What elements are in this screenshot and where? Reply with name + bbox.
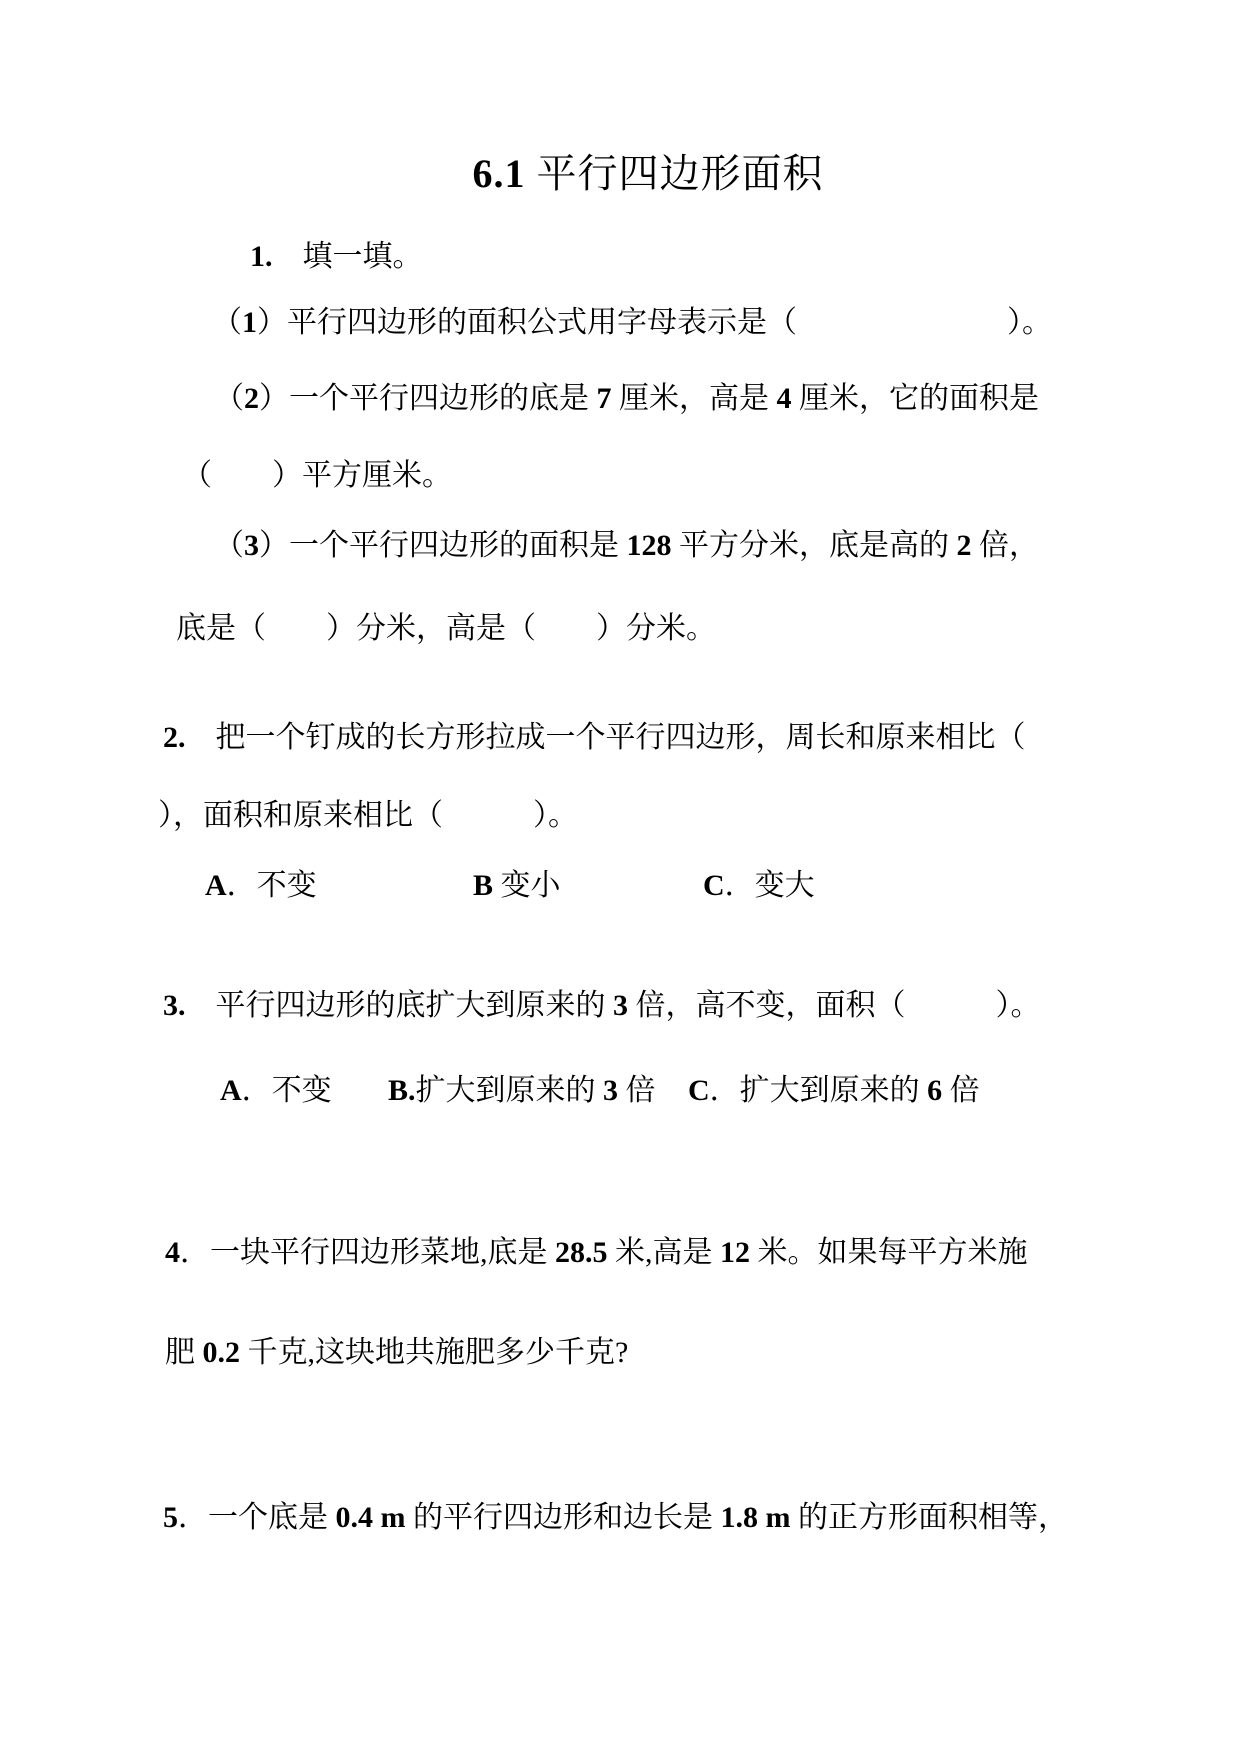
worksheet-page: 6.1 平行四边形面积 1. 填一填。 （1）平行四边形的面积公式用字母表示是（…: [0, 0, 1241, 1754]
q3-option-a: A．不变: [220, 1071, 332, 1110]
q1-part2-line1: （2）一个平行四边形的底是 7 厘米，高是 4 厘米，它的面积是: [214, 379, 1039, 418]
q2-line2: ），面积和原来相比（ ）。: [158, 796, 578, 835]
q4-line1: 4．一块平行四边形菜地,底是 28.5 米,高是 12 米。如果每平方米施: [165, 1233, 1028, 1272]
q1-heading: 1. 填一填。: [250, 237, 423, 276]
q2-option-a: A．不变: [205, 866, 317, 905]
q1-part1-fill-blank: （1）平行四边形的面积公式用字母表示是（ ）。: [212, 303, 1052, 342]
q3-line1: 3. 平行四边形的底扩大到原来的 3 倍，高不变，面积（ ）。: [163, 986, 1041, 1025]
q2-option-b: B 变小: [473, 866, 561, 905]
q1-part2-line2: （ ）平方厘米。: [182, 456, 452, 495]
q3-option-c: C．扩大到原来的 6 倍: [688, 1071, 980, 1110]
q2-line1: 2. 把一个钉成的长方形拉成一个平行四边形，周长和原来相比（: [163, 718, 1026, 757]
page-title: 6.1 平行四边形面积: [0, 150, 1241, 198]
q4-line2: 肥 0.2 千克,这块地共施肥多少千克?: [165, 1333, 628, 1372]
q1-part3-line1: （3）一个平行四边形的面积是 128 平方分米，底是高的 2 倍，: [214, 526, 1039, 565]
q2-option-c: C．变大: [703, 866, 815, 905]
q5-line1: 5．一个底是 0.4 m 的平行四边形和边长是 1.8 m 的正方形面积相等，: [163, 1498, 1068, 1537]
q1-part3-line2: 底是（ ）分米，高是（ ）分米。: [176, 609, 716, 648]
q3-option-b: B.扩大到原来的 3 倍: [388, 1071, 656, 1110]
